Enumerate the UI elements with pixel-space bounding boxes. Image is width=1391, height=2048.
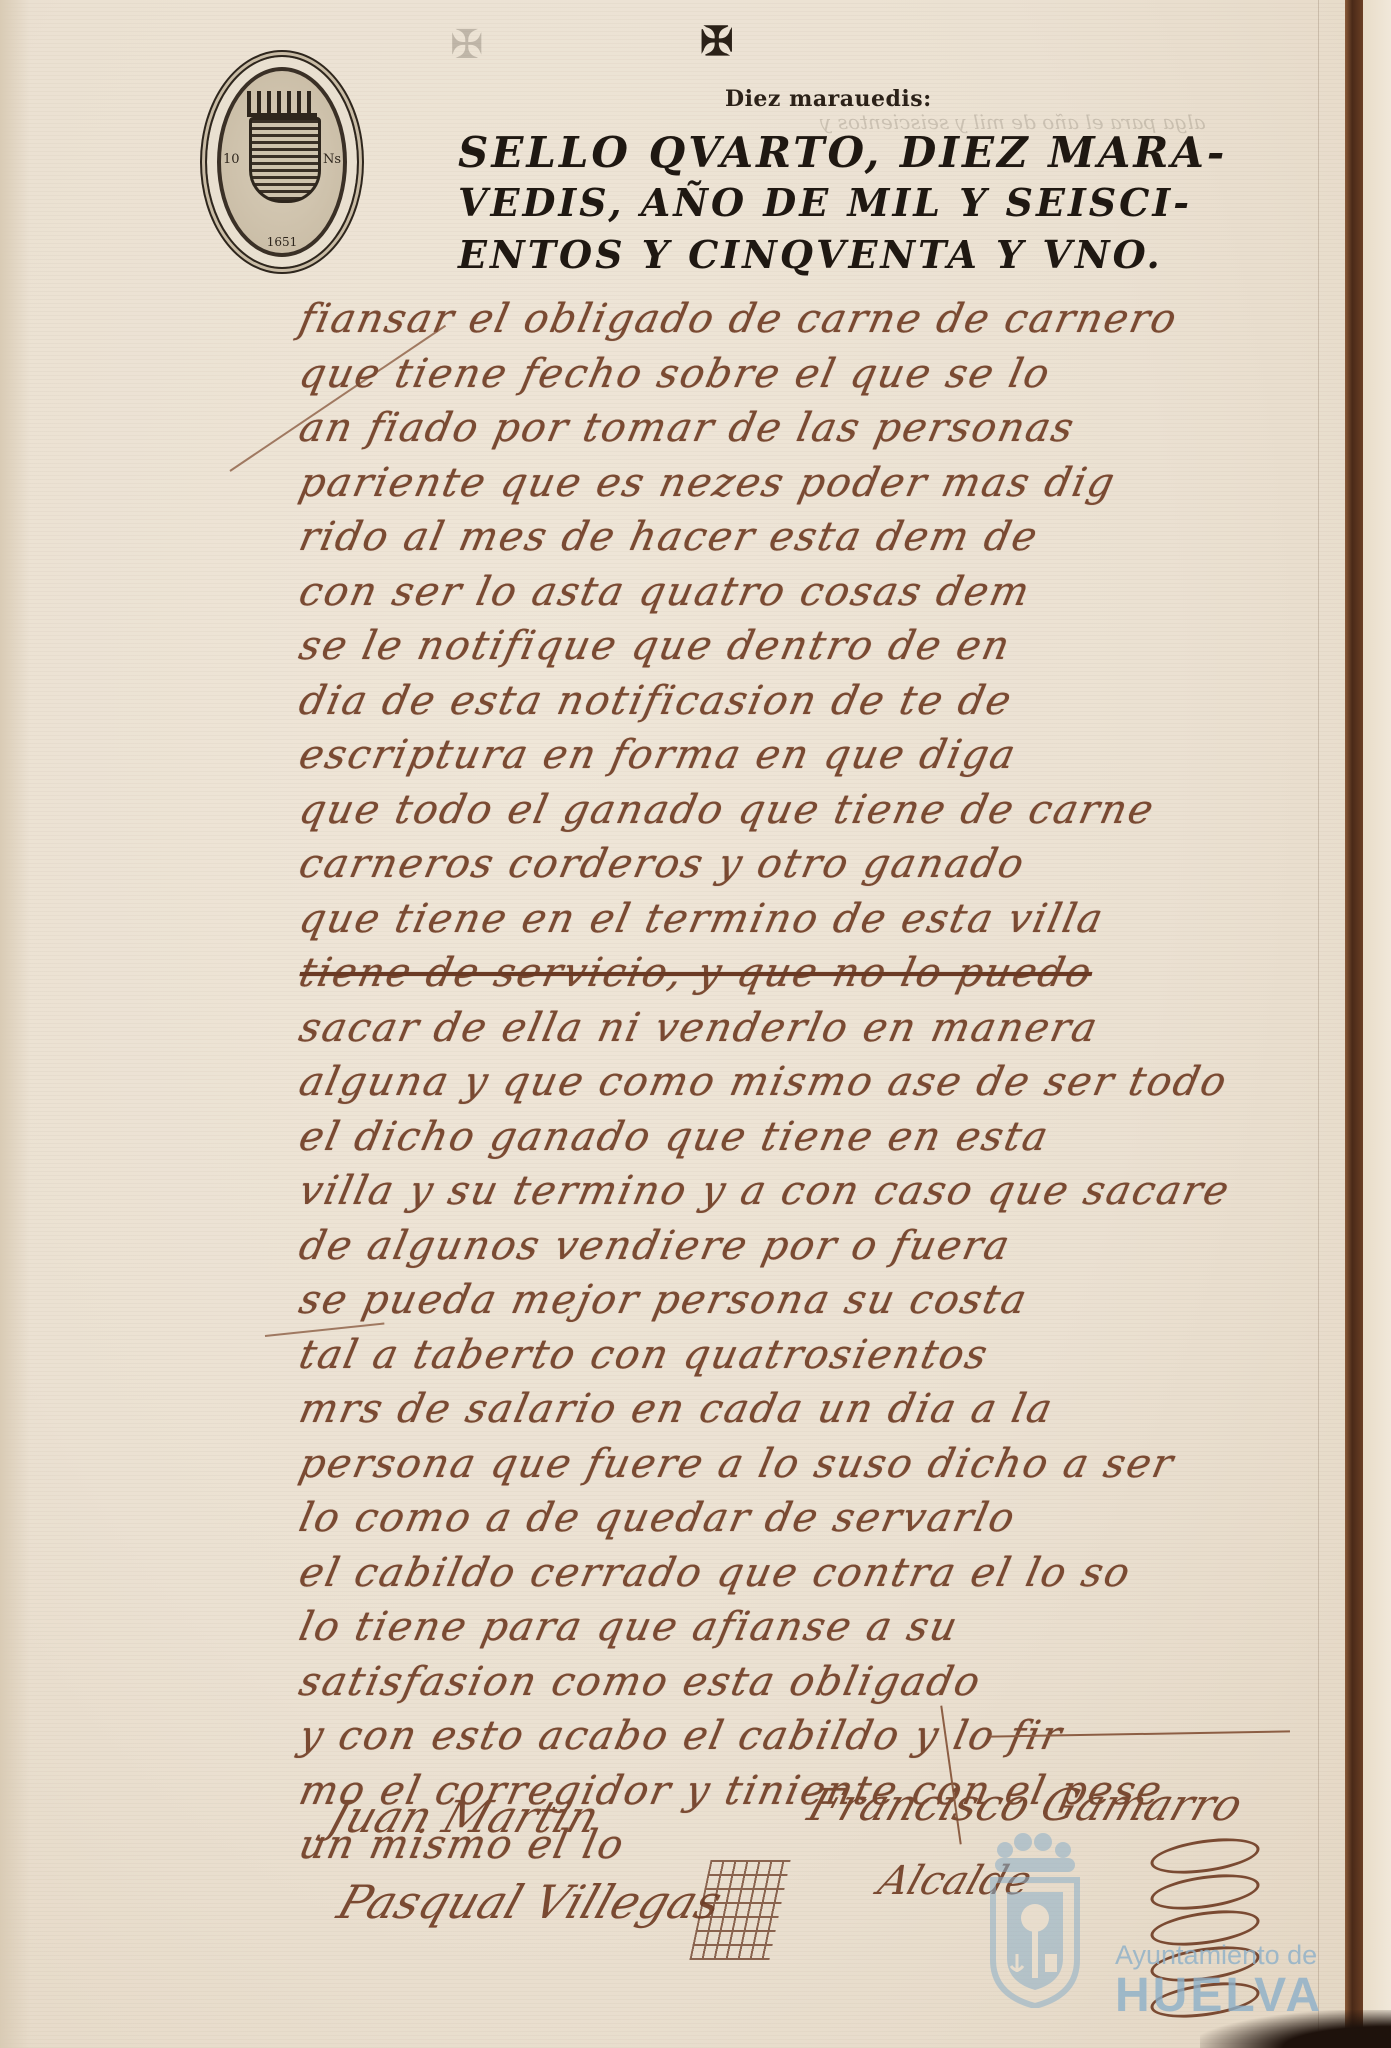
huelva-coat-of-arms-icon [985, 1830, 1085, 2008]
manuscript-line: que tiene fecho sobre el que se lo [294, 347, 1326, 402]
signature-2-name: Francisco Gamarro [802, 1780, 1249, 1831]
adjacent-page-edge [1363, 0, 1391, 2048]
manuscript-line: se pueda mejor persona su costa [294, 1273, 1326, 1328]
manuscript-line: y con esto acabo el cabildo y lo fir [294, 1709, 1326, 1764]
shield-icon [249, 117, 321, 203]
manuscript-line: carneros corderos y otro ganado [294, 837, 1326, 892]
book-gutter [1345, 0, 1363, 2048]
signature-1-surname: Pasqual Villegas [331, 1875, 729, 1929]
crown-icon [247, 91, 317, 117]
manuscript-line: que tiene en el termino de esta villa [294, 892, 1326, 947]
stamp-line-3: ENTOS Y CINQVENTA Y VNO. [458, 232, 1163, 277]
manuscript-line: fiansar el obligado de carne de carnero [294, 292, 1326, 347]
stamp-line-2: VEDIS, AÑO DE MIL Y SEISCI- [458, 180, 1192, 225]
seal-year: 1651 [207, 235, 357, 249]
manuscript-line: mrs de salario en cada un dia a la [294, 1382, 1326, 1437]
manuscript-line: pariente que es nezes poder mas dig [294, 456, 1326, 511]
manuscript-line: villa y su termino y a con caso que saca… [294, 1164, 1326, 1219]
manuscript-page: ✠ ✠ 10 Ns 1651 alga para el año de mil y… [0, 0, 1345, 2048]
manuscript-body: fiansar el obligado de carne de carnero … [300, 292, 1320, 1873]
manuscript-line: se le notifique que dentro de en [294, 619, 1326, 674]
manuscript-line: de algunos vendiere por o fuera [294, 1219, 1326, 1274]
manuscript-line: an fiado por tomar de las personas [294, 401, 1326, 456]
manuscript-line: con ser lo asta quatro cosas dem [294, 565, 1326, 620]
seal-left-number: 10 [223, 152, 240, 167]
manuscript-line: que todo el ganado que tiene de carne [294, 783, 1326, 838]
seal-right-number: Ns [323, 152, 341, 167]
stamp-denomination: Diez marauedis: [725, 86, 932, 112]
manuscript-line: escriptura en forma en que diga [294, 728, 1326, 783]
stamp-line-1: SELLO QVARTO, DIEZ MARA- [458, 128, 1227, 177]
watermark-institution: Ayuntamiento de [1115, 1940, 1323, 1970]
manuscript-line: lo tiene para que afianse a su [294, 1600, 1326, 1655]
manuscript-line: dia de esta notificasion de te de [294, 674, 1326, 729]
manuscript-line: el cabildo cerrado que contra el lo so [294, 1546, 1326, 1601]
manuscript-line: el dicho ganado que tiene en esta [294, 1110, 1326, 1165]
manuscript-line: alguna y que como mismo ase de ser todo [294, 1055, 1326, 1110]
manuscript-line: lo como a de quedar de servarlo [294, 1491, 1326, 1546]
royal-coat-of-arms-seal: 10 Ns 1651 [200, 50, 364, 274]
manuscript-line: tal a taberto con quatrosientos [294, 1328, 1326, 1383]
manuscript-line: persona que fuere a lo suso dicho a ser [294, 1437, 1326, 1492]
manuscript-line: sacar de ella ni venderlo en manera [294, 1001, 1326, 1056]
signature-1-name: Juan Martin [322, 1792, 606, 1843]
binding-shadow [1200, 2010, 1391, 2048]
cross-icon: ✠ [700, 18, 734, 65]
bleed-through-cross-icon: ✠ [450, 22, 484, 68]
manuscript-line: rido al mes de hacer esta dem de [294, 510, 1326, 565]
manuscript-line-struck: tiene de servicio, y que no lo puedo [294, 946, 1326, 1001]
manuscript-line: satisfasion como esta obligado [294, 1655, 1326, 1710]
